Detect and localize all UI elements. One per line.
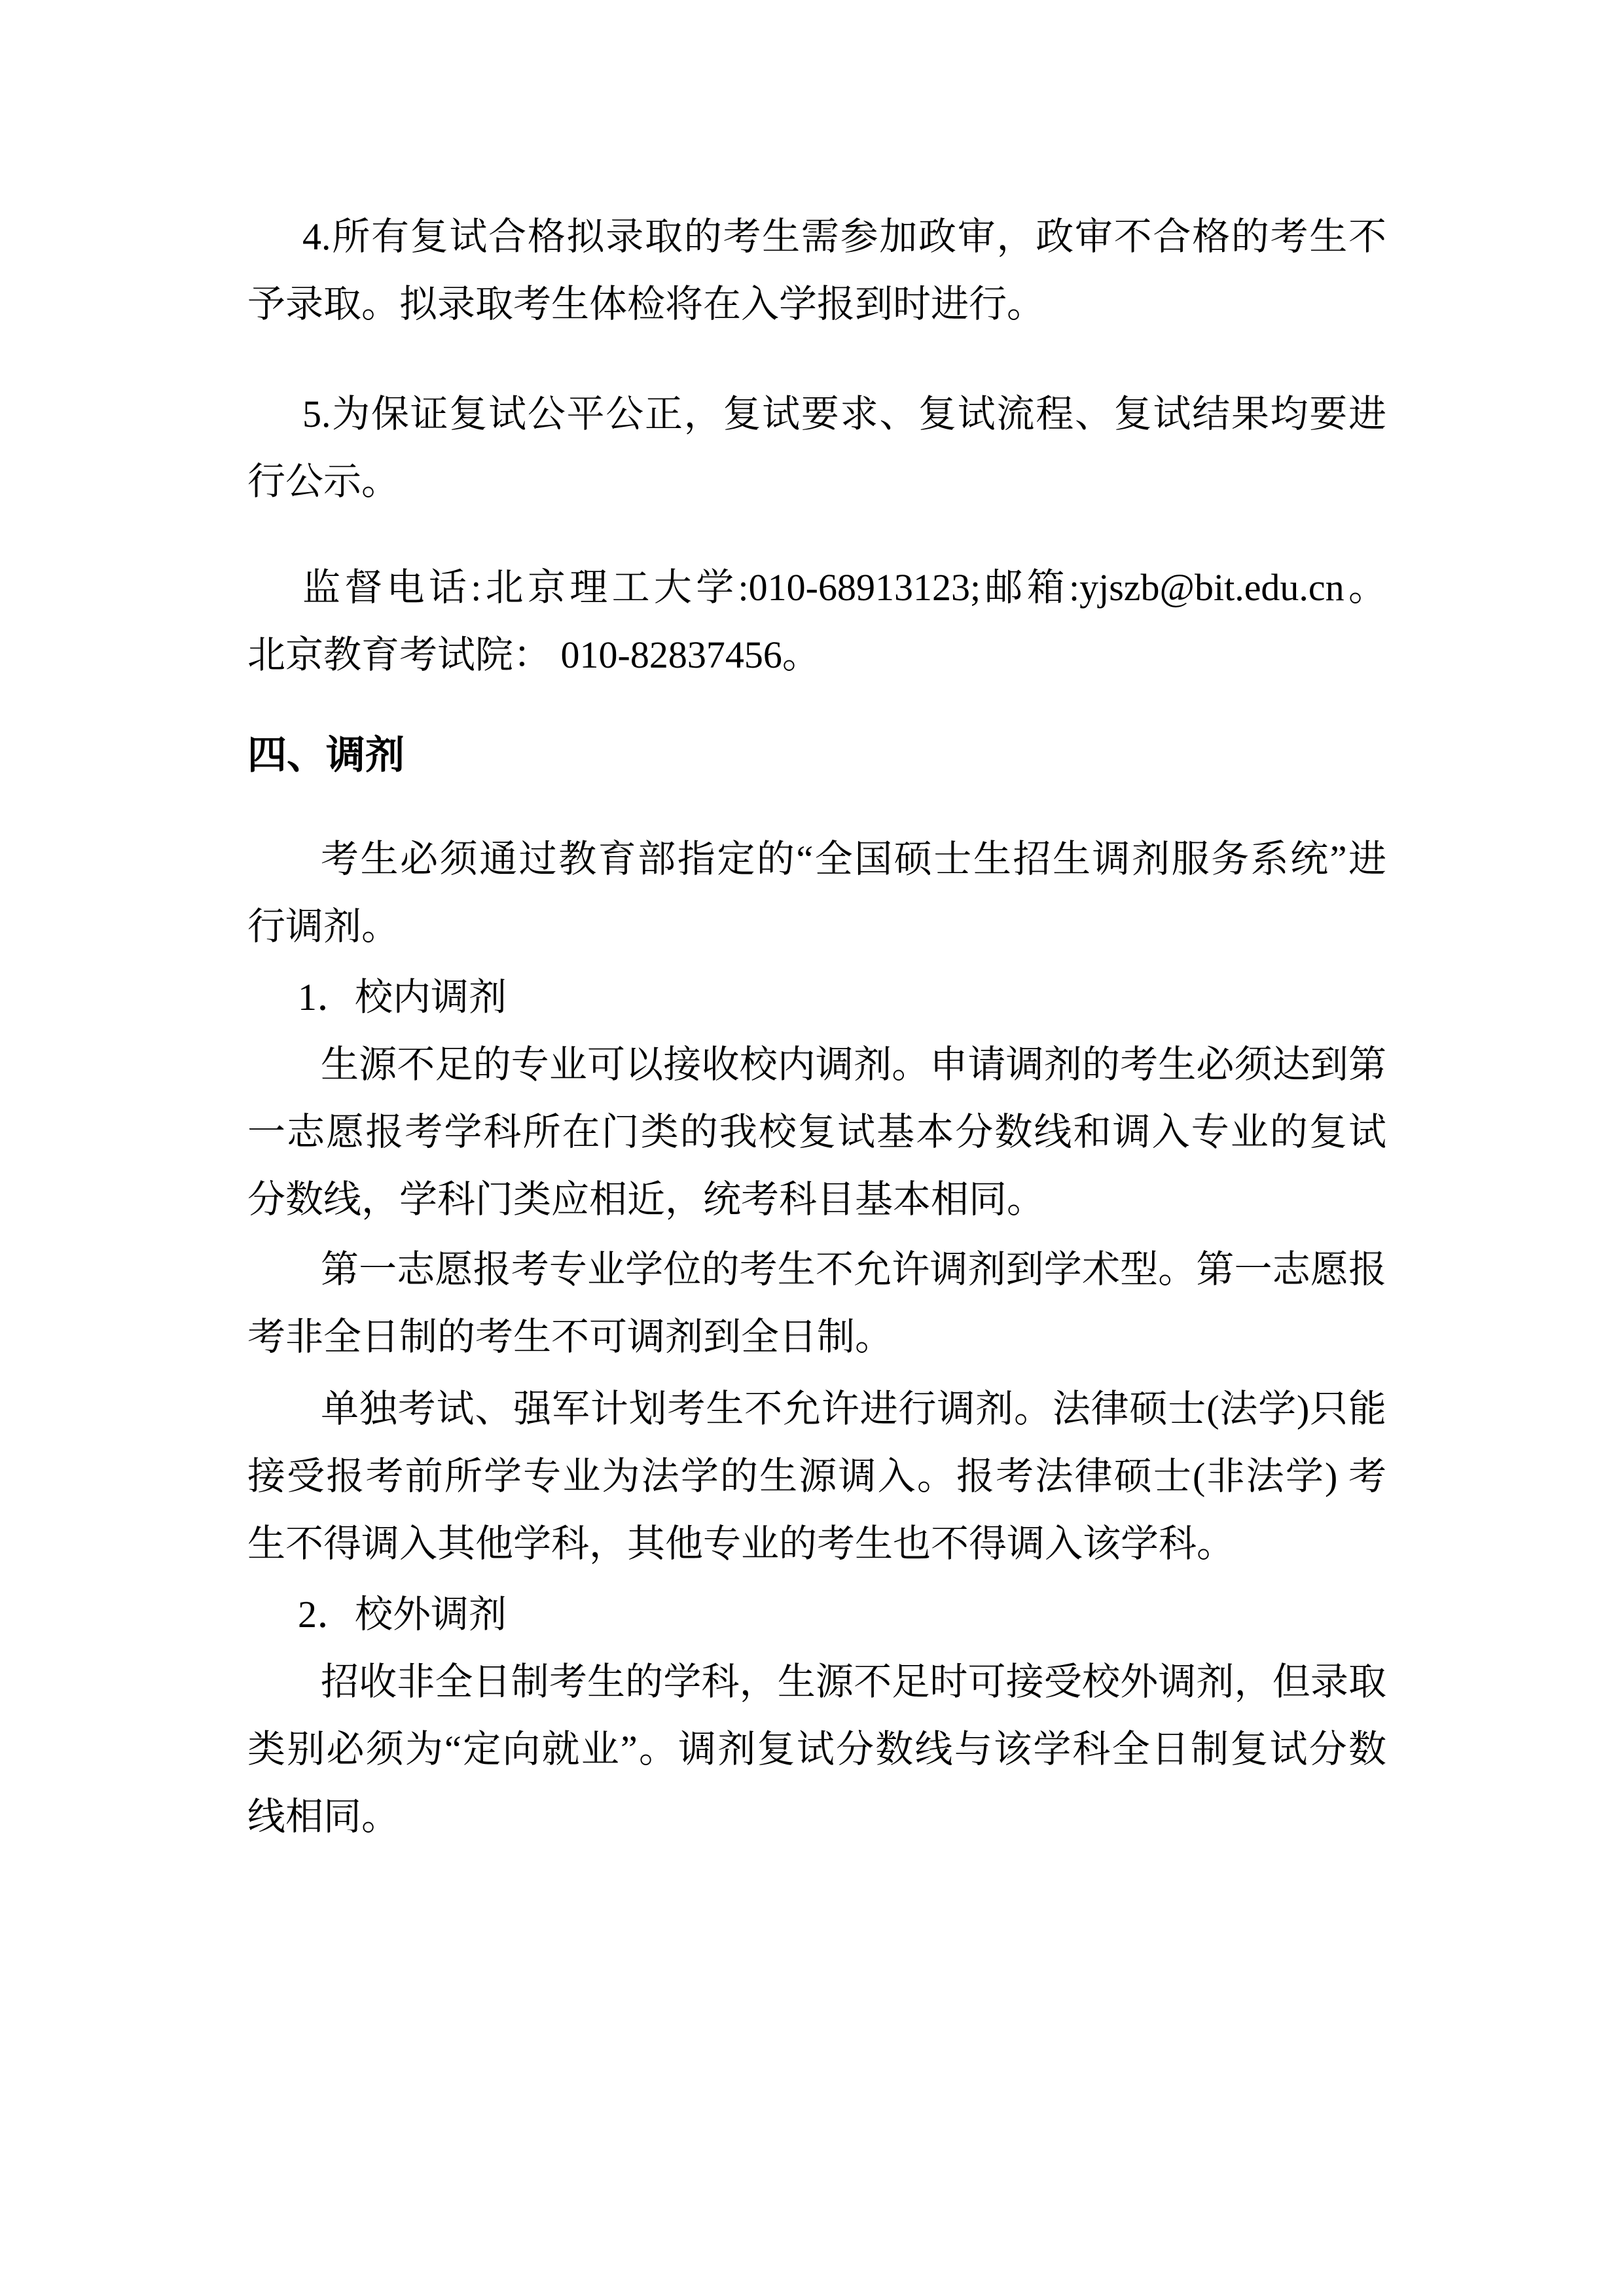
doc-line: 单独考试、强军计划考生不允许进行调剂。法律硕士(法学)只能 — [247, 1375, 1386, 1443]
item1-paragraph-3: 单独考试、强军计划考生不允许进行调剂。法律硕士(法学)只能 接受报考前所学专业为… — [247, 1375, 1386, 1577]
doc-line: 考生必须通过教育部指定的“全国硕士生招生调剂服务系统”进 — [247, 825, 1386, 893]
paragraph-contact: 监督电话:北京理工大学:010-68913123;邮箱:yjszb@bit.ed… — [247, 554, 1386, 689]
doc-line: 监督电话:北京理工大学:010-68913123;邮箱:yjszb@bit.ed… — [247, 554, 1386, 621]
paragraph-5: 5.为保证复试公平公正，复试要求、复试流程、复试结果均要进 行公示。 — [247, 380, 1386, 515]
doc-line: 4.所有复试合格拟录取的考生需参加政审，政审不合格的考生不 — [247, 203, 1386, 270]
item1-paragraph-1: 生源不足的专业可以接收校内调剂。申请调剂的考生必须达到第 一志愿报考学科所在门类… — [247, 1031, 1386, 1233]
doc-line: 5.为保证复试公平公正，复试要求、复试流程、复试结果均要进 — [247, 380, 1386, 448]
item1-title: 1．校内调剂 — [247, 963, 1386, 1031]
section-heading-tiaoji: 四、调剂 — [247, 721, 1386, 789]
doc-line: 第一志愿报考专业学位的考生不允许调剂到学术型。第一志愿报 — [247, 1236, 1386, 1303]
doc-line: 行调剂。 — [247, 893, 1386, 960]
item1-paragraph-2: 第一志愿报考专业学位的考生不允许调剂到学术型。第一志愿报 考非全日制的考生不可调… — [247, 1236, 1386, 1371]
doc-line: 考非全日制的考生不可调剂到全日制。 — [247, 1303, 1386, 1371]
paragraph-4: 4.所有复试合格拟录取的考生需参加政审，政审不合格的考生不 予录取。拟录取考生体… — [247, 203, 1386, 338]
doc-line: 予录取。拟录取考生体检将在入学报到时进行。 — [247, 270, 1386, 338]
doc-line: 一志愿报考学科所在门类的我校复试基本分数线和调入专业的复试 — [247, 1098, 1386, 1166]
doc-line: 分数线，学科门类应相近，统考科目基本相同。 — [247, 1166, 1386, 1233]
doc-line: 线相同。 — [247, 1783, 1386, 1850]
item2-title: 2．校外调剂 — [247, 1581, 1386, 1648]
item2-paragraph-1: 招收非全日制考生的学科，生源不足时可接受校外调剂，但录取 类别必须为“定向就业”… — [247, 1648, 1386, 1850]
doc-line: 类别必须为“定向就业”。调剂复试分数线与该学科全日制复试分数 — [247, 1715, 1386, 1783]
doc-line: 行公示。 — [247, 448, 1386, 515]
doc-line: 北京教育考试院： 010-82837456。 — [247, 621, 1386, 689]
paragraph-intro: 考生必须通过教育部指定的“全国硕士生招生调剂服务系统”进 行调剂。 — [247, 825, 1386, 960]
doc-line: 生源不足的专业可以接收校内调剂。申请调剂的考生必须达到第 — [247, 1031, 1386, 1098]
doc-line: 招收非全日制考生的学科，生源不足时可接受校外调剂，但录取 — [247, 1648, 1386, 1715]
document-page: 4.所有复试合格拟录取的考生需参加政审，政审不合格的考生不 予录取。拟录取考生体… — [0, 0, 1624, 2296]
doc-line: 接受报考前所学专业为法学的生源调入。报考法律硕士(非法学) 考 — [247, 1443, 1386, 1510]
document-content: 4.所有复试合格拟录取的考生需参加政审，政审不合格的考生不 予录取。拟录取考生体… — [247, 203, 1386, 1850]
doc-line: 生不得调入其他学科，其他专业的考生也不得调入该学科。 — [247, 1510, 1386, 1577]
